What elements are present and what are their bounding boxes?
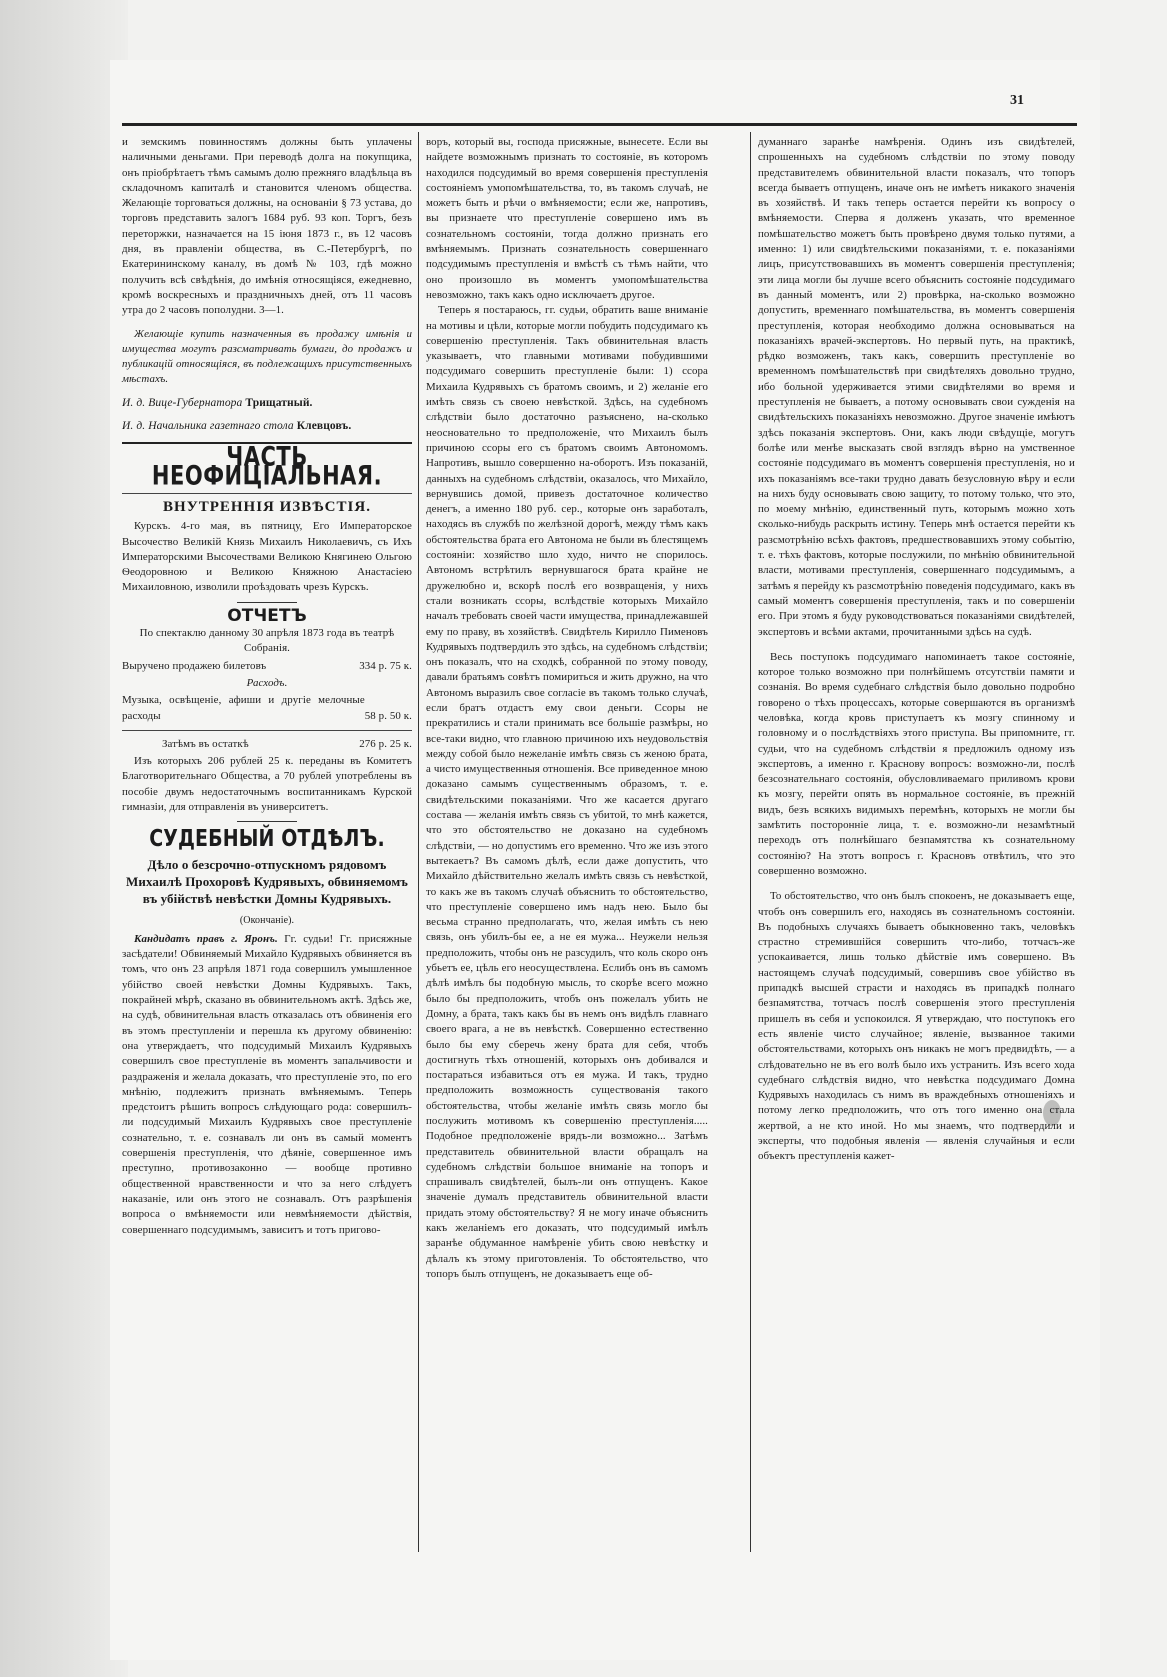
speech-paragraph: Теперь я постараюсь, гг. судьи, обратить… xyxy=(426,303,708,1282)
report-title: ОТЧЕТЪ xyxy=(122,609,412,624)
signature-name: Клевцовъ. xyxy=(297,420,352,432)
speaker-name: Кандидатъ правъ г. Яронъ. xyxy=(134,933,278,945)
speech-paragraph: Весь поступокъ подсудимаго напоминаетъ т… xyxy=(758,650,1075,879)
signature-vice-governor: И. д. Вице-Губернатора Трищатный. xyxy=(122,396,412,411)
signature-name: Трищатный. xyxy=(245,397,312,409)
ledger-rule xyxy=(122,730,412,731)
ledger-label: Музыка, освѣщеніе, афиши и другіе мелочн… xyxy=(122,693,365,724)
speech-paragraph: Кандидатъ правъ г. Яронъ. Гг. судьи! Гг.… xyxy=(122,932,412,1238)
section-rule xyxy=(122,493,412,494)
kursk-news: Курскъ. 4-го мая, въ пятницу, Его Импера… xyxy=(122,519,412,595)
report-subtitle: По спектаклю данному 30 апрѣля 1873 года… xyxy=(122,626,412,657)
ledger-amount: 58 р. 50 к. xyxy=(365,709,412,724)
signature-role: И. д. Вице-Губернатора xyxy=(122,397,242,409)
ledger-income: Выручено продажею билетовъ 334 р. 75 к. xyxy=(122,659,412,674)
case-note: (Окончаніе). xyxy=(122,913,412,928)
speech-paragraph: То обстоятельство, что онъ былъ спокоенъ… xyxy=(758,889,1075,1164)
separator-rule xyxy=(237,602,297,603)
report-distribution: Изъ которыхъ 206 рублей 25 к. переданы в… xyxy=(122,754,412,815)
ledger-label: Выручено продажею билетовъ xyxy=(122,659,359,674)
signature-role: И. д. Начальника газетнаго стола xyxy=(122,420,294,432)
header-rule xyxy=(122,123,1077,126)
column-right: думаннаго заранѣе намѣренія. Одинъ изъ с… xyxy=(758,135,1075,1165)
auction-notice: и земскимъ повинностямъ должны быть упла… xyxy=(122,135,412,319)
case-title: Дѣло о безсрочно-отпускномъ рядовомъ Мих… xyxy=(122,856,412,907)
speech-paragraph: воръ, который вы, господа присяжные, вын… xyxy=(426,135,708,303)
scan-background-edge xyxy=(0,0,128,1677)
internal-news-heading: ВНУТРЕННІЯ ИЗВѢСТІЯ. xyxy=(122,500,412,515)
ledger-label: Затѣмъ въ остаткѣ xyxy=(162,737,359,752)
speech-text: Гг. судьи! Гг. присяжные засѣдатели! Обв… xyxy=(122,933,412,1236)
column-left: и земскимъ повинностямъ должны быть упла… xyxy=(122,135,412,1238)
section-title: ЧАСТЬ НЕОФИЦІАЛЬНАЯ. xyxy=(122,449,412,487)
page-number: 31 xyxy=(1010,93,1024,109)
ledger-expense: Музыка, освѣщеніе, афиши и другіе мелочн… xyxy=(122,693,412,724)
ledger-balance: Затѣмъ въ остаткѣ 276 р. 25 к. xyxy=(122,737,412,752)
signature-gazette-desk: И. д. Начальника газетнаго стола Клевцов… xyxy=(122,419,412,434)
ledger-amount: 276 р. 25 к. xyxy=(359,737,412,752)
expenses-heading: Расходъ. xyxy=(122,676,412,691)
column-divider xyxy=(750,132,751,1552)
court-section-heading: СУДЕБНЫЙ ОТДѢЛЪ. xyxy=(122,831,412,849)
separator-rule xyxy=(237,821,297,822)
column-middle: воръ, который вы, господа присяжные, вын… xyxy=(426,135,708,1282)
ledger-amount: 334 р. 75 к. xyxy=(359,659,412,674)
auction-note: Желающіе купить назначенныя въ продажу и… xyxy=(122,327,412,388)
speech-paragraph: думаннаго заранѣе намѣренія. Одинъ изъ с… xyxy=(758,135,1075,640)
column-divider xyxy=(418,132,419,1552)
